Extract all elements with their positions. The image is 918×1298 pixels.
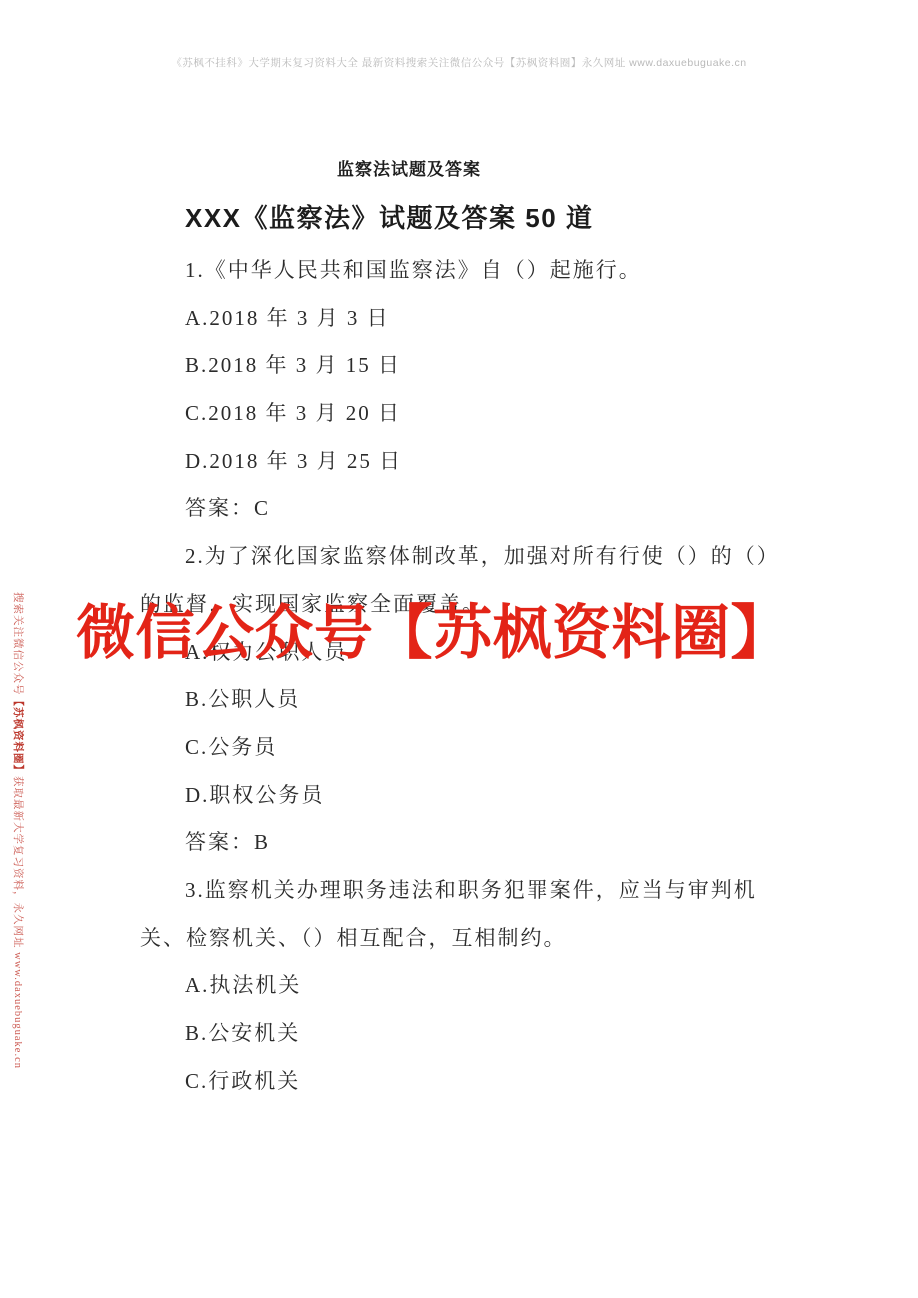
document-line: C.行政机关 <box>140 1058 800 1106</box>
document-line: 关、检察机关、（）相互配合，互相制约。 <box>140 915 800 963</box>
document-line: A.权力公职人员 <box>140 629 800 677</box>
watermark-vertical-suffix: 获取最新大学复习资料，永久网址 www.daxuebuguake.cn <box>12 776 23 1069</box>
page-header-note: 《苏枫不挂科》大学期末复习资料大全 最新资料搜索关注微信公众号【苏枫资料圈】永久… <box>0 55 918 70</box>
document-line: D.2018 年 3 月 25 日 <box>140 438 800 486</box>
document-line: B.公职人员 <box>140 676 800 724</box>
document-line: A.2018 年 3 月 3 日 <box>140 295 800 343</box>
watermark-vertical-prefix: 搜索关注微信公众号 <box>12 592 23 696</box>
document-heading: XXX《监察法》试题及答案 50 道 <box>140 198 593 235</box>
document-line: 1.《中华人民共和国监察法》自（）起施行。 <box>140 247 800 295</box>
watermark-vertical-text: 搜索关注微信公众号【苏枫资料圈】获取最新大学复习资料，永久网址 www.daxu… <box>11 592 26 1069</box>
document-line: D.职权公务员 <box>140 772 800 820</box>
document-line: 的监督，实现国家监察全面覆盖。 <box>140 581 800 629</box>
document-page: 《苏枫不挂科》大学期末复习资料大全 最新资料搜索关注微信公众号【苏枫资料圈】永久… <box>0 0 918 1298</box>
document-line: C.公务员 <box>140 724 800 772</box>
document-title: 监察法试题及答案 <box>0 155 818 180</box>
document-line: B.2018 年 3 月 15 日 <box>140 342 800 390</box>
document-line: C.2018 年 3 月 20 日 <box>140 390 800 438</box>
document-line: A.执法机关 <box>140 962 800 1010</box>
document-body: 1.《中华人民共和国监察法》自（）起施行。A.2018 年 3 月 3 日B.2… <box>140 247 800 1105</box>
document-line: 3.监察机关办理职务违法和职务犯罪案件，应当与审判机 <box>140 867 800 915</box>
document-line: 答案：B <box>140 819 800 867</box>
document-line: B.公安机关 <box>140 1010 800 1058</box>
document-line: 答案：C <box>140 485 800 533</box>
watermark-vertical-brand: 【苏枫资料圈】 <box>12 696 23 777</box>
document-line: 2.为了深化国家监察体制改革，加强对所有行使（）的（） <box>140 533 800 581</box>
